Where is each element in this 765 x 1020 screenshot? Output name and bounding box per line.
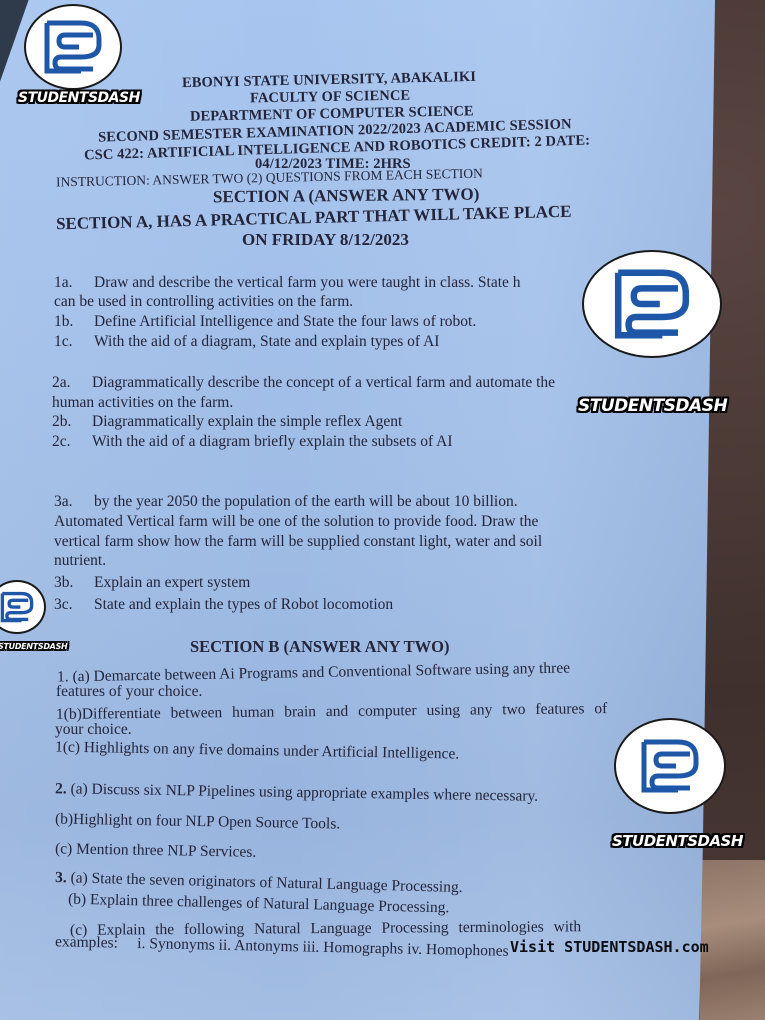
logo-badge [24,4,122,90]
question-2a: 2a.Diagrammatically describe the concept… [52,374,555,392]
question-b2c: (c) Mention three NLP Services. [55,840,257,862]
ds-monogram-icon [637,736,703,796]
section-b-title: SECTION B (ANSWER ANY TWO) [190,637,449,657]
question-1a-cont: can be used in controlling activities on… [54,293,353,311]
logo-badge [614,718,726,814]
brand-label: STUDENTSDASH [18,90,140,106]
question-3a-cont: Automated Vertical farm will be one of t… [54,513,538,531]
question-1b: 1b.Define Artificial Intelligence and St… [54,313,476,331]
logo-badge [582,250,722,358]
question-1c: 1c.With the aid of a diagram, State and … [54,333,439,351]
question-2a-cont: human activities on the farm. [52,394,233,412]
brand-label: STUDENTSDASH [0,642,67,651]
ds-monogram-icon [0,590,35,624]
question-3c: 3c.State and explain the types of Robot … [54,596,393,614]
ds-monogram-icon [41,17,105,77]
question-2b: 2b.Diagrammatically explain the simple r… [52,413,402,431]
brand-label: STUDENTSDASH [612,832,743,850]
question-2c: 2c.With the aid of a diagram briefly exp… [52,433,453,451]
visit-watermark-link[interactable]: Visit STUDENTSDASH.com [510,938,709,956]
background-cloth [700,860,765,1020]
question-b1a-cont: features of your choice. [56,683,202,701]
brand-label: STUDENTSDASH [578,396,727,416]
question-3a-cont3: nutrient. [54,552,106,570]
question-3a-cont2: vertical farm show how the farm will be … [54,533,542,551]
question-1a: 1a.Draw and describe the vertical farm y… [54,274,521,292]
ds-monogram-icon [609,265,695,343]
section-a-date: ON FRIDAY 8/12/2023 [242,230,409,250]
question-3b: 3b.Explain an expert system [54,574,250,592]
question-3a: 3a.by the year 2050 the population of th… [54,493,518,511]
question-b1b-cont: your choice. [55,721,132,739]
